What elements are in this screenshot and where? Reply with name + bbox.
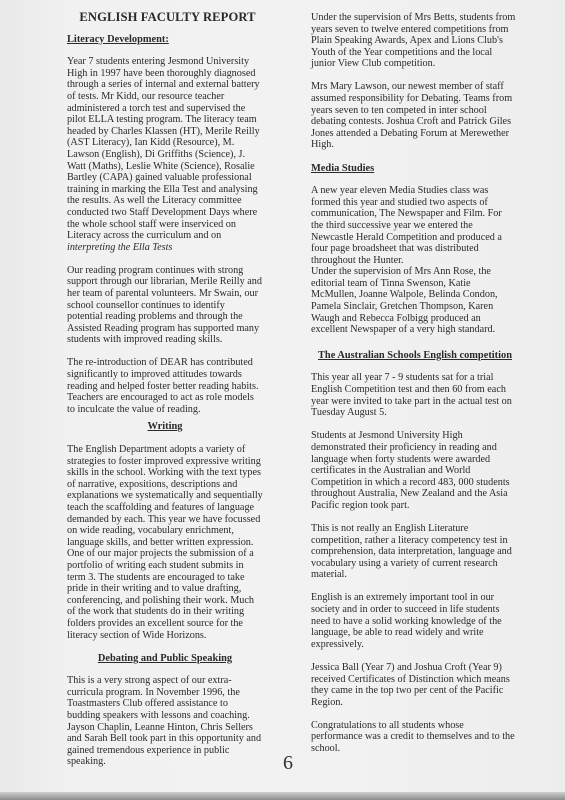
debating-paragraph-2: Under the supervision of Mrs Betts, stud… (311, 12, 516, 70)
writing-heading: Writing (67, 421, 263, 433)
competition-paragraph-1: This year all year 7 - 9 students sat fo… (311, 372, 516, 418)
page-title: ENGLISH FACULTY REPORT (55, 12, 280, 24)
competition-paragraph-5: Jessica Ball (Year 7) and Joshua Croft (… (311, 662, 516, 708)
left-column: ENGLISH FACULTY REPORT Literacy Developm… (67, 12, 263, 768)
competition-heading: The Australian Schools English competiti… (305, 350, 525, 362)
debating-paragraph-3: Mrs Mary Lawson, our newest member of st… (311, 81, 516, 151)
literacy-paragraph-1: Year 7 students entering Jesmond Univers… (67, 56, 263, 253)
competition-paragraph-6: Congratulations to all students whose pe… (311, 720, 516, 755)
right-column: Under the supervision of Mrs Betts, stud… (311, 12, 516, 755)
debating-heading: Debating and Public Speaking (67, 653, 263, 665)
literacy-paragraph-2: Our reading program continues with stron… (67, 265, 263, 346)
document-page: ENGLISH FACULTY REPORT Literacy Developm… (0, 0, 565, 792)
literacy-heading: Literacy Development: (67, 34, 263, 46)
page-number: 6 (283, 752, 293, 775)
literacy-paragraph-1-text: Year 7 students entering Jesmond Univers… (67, 56, 260, 241)
scan-edge (0, 792, 565, 800)
debating-paragraph-1: This is a very strong aspect of our extr… (67, 675, 263, 768)
competition-paragraph-2: Students at Jesmond University High demo… (311, 430, 516, 511)
literacy-paragraph-3: The re-introduction of DEAR has contribu… (67, 357, 263, 415)
media-paragraph-1: A new year eleven Media Studies class wa… (311, 185, 516, 266)
media-paragraph-2: Under the supervision of Mrs Ann Rose, t… (311, 266, 516, 336)
competition-paragraph-4: English is an extremely important tool i… (311, 592, 516, 650)
writing-paragraph-1: The English Department adopts a variety … (67, 444, 263, 641)
literacy-paragraph-1-italic: interpreting the Ella Tests (67, 242, 172, 253)
competition-paragraph-3: This is not really an English Literature… (311, 523, 516, 581)
media-studies-heading: Media Studies (311, 163, 516, 175)
